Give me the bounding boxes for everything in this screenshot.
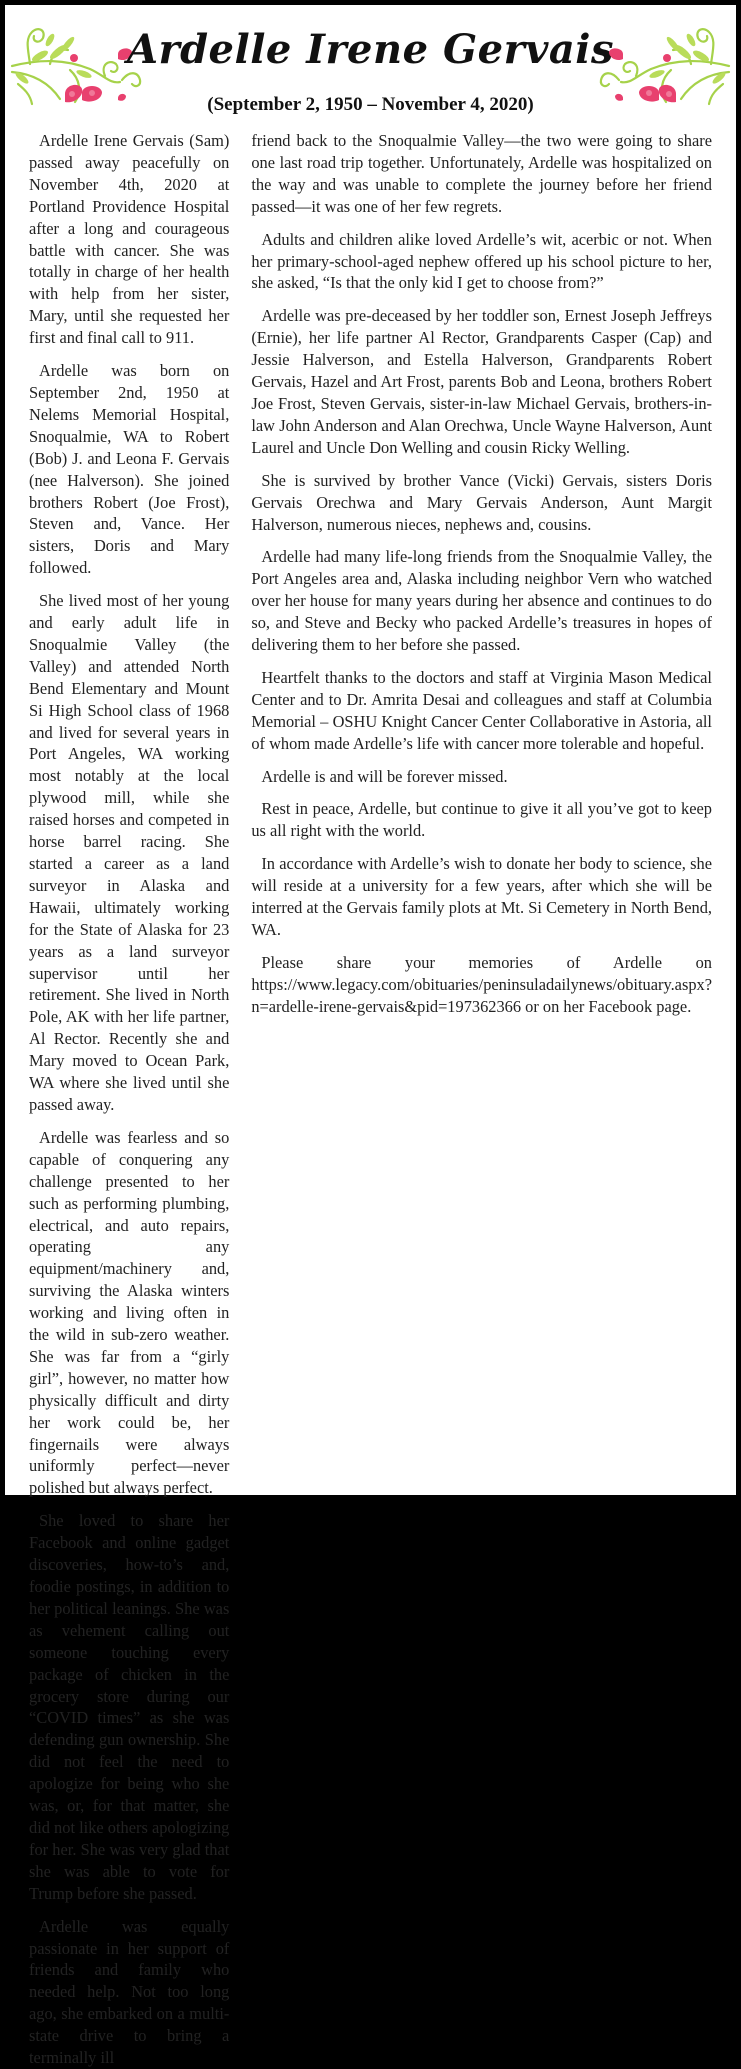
paragraph-continued: friend back to the Snoqualmie Valley—the… xyxy=(251,130,712,218)
paragraph: Ardelle was pre-deceased by her toddler … xyxy=(251,305,712,458)
column-left: Ardelle Irene Gervais (Sam) passed away … xyxy=(29,130,229,1482)
obituary-border: Ardelle Irene Gervais (September 2, 1950… xyxy=(4,4,737,1496)
obituary-header: Ardelle Irene Gervais (September 2, 1950… xyxy=(8,8,733,128)
obituary-body: Ardelle Irene Gervais (Sam) passed away … xyxy=(29,130,712,1482)
paragraph: Ardelle was born on September 2nd, 1950 … xyxy=(29,360,229,579)
paragraph: Adults and children alike loved Ardelle’… xyxy=(251,229,712,295)
paragraph: She lived most of her young and early ad… xyxy=(29,590,229,1116)
floral-flourish-icon xyxy=(581,14,731,106)
obituary-page: Ardelle Irene Gervais (September 2, 1950… xyxy=(8,8,733,1492)
paragraph: Heartfelt thanks to the doctors and staf… xyxy=(251,667,712,755)
paragraph: Rest in peace, Ardelle, but continue to … xyxy=(251,798,712,842)
memorial-link-paragraph: Please share your memories of Ardelle on… xyxy=(251,952,712,1018)
paragraph: In accordance with Ardelle’s wish to don… xyxy=(251,853,712,941)
column-right: friend back to the Snoqualmie Valley—the… xyxy=(251,130,712,1482)
paragraph: Ardelle is and will be forever missed. xyxy=(251,766,712,788)
paragraph: Ardelle was fearless and so capable of c… xyxy=(29,1127,229,1499)
paragraph: She is survived by brother Vance (Vicki)… xyxy=(251,470,712,536)
paragraph: Ardelle Irene Gervais (Sam) passed away … xyxy=(29,130,229,349)
obituary-frame: Ardelle Irene Gervais (September 2, 1950… xyxy=(0,0,741,1500)
paragraph: Ardelle had many life-long friends from … xyxy=(251,546,712,656)
